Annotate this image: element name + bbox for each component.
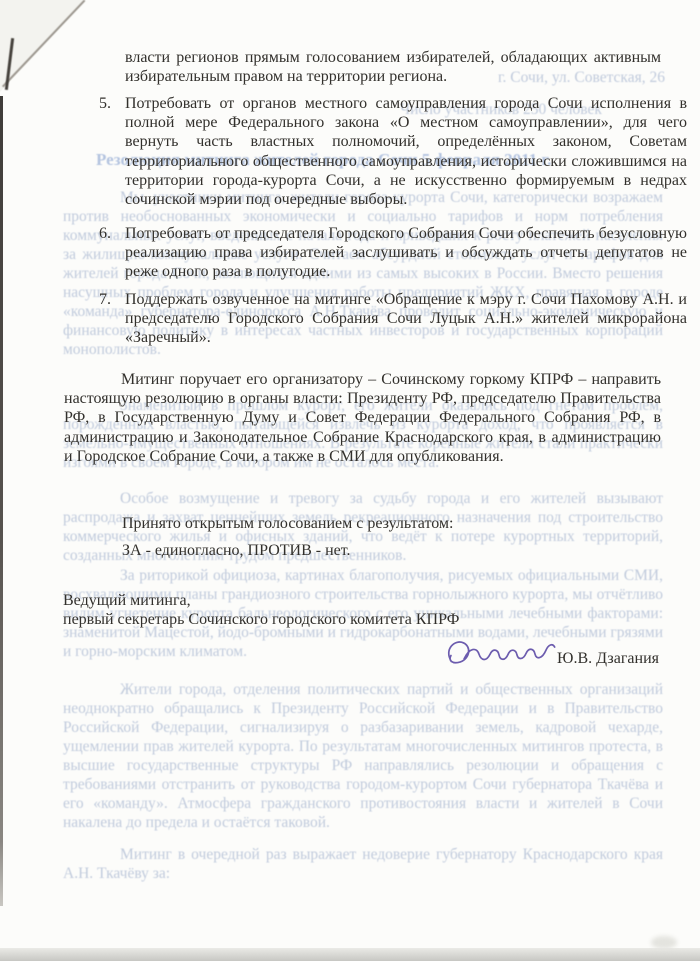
list-item-5: 5. Потребовать от органов местного самоу… bbox=[99, 94, 687, 209]
signatory-role-line2: первый секретарь Сочинского городского к… bbox=[63, 610, 459, 629]
ghost-paragraph: Жители города, отделения политических па… bbox=[63, 680, 663, 832]
closing-paragraph: Митинг поручает его организатору – Сочин… bbox=[64, 370, 661, 466]
list-item-text: Потребовать от органов местного самоупра… bbox=[125, 95, 687, 208]
list-item-number: 5. bbox=[99, 94, 111, 113]
scan-smudge bbox=[651, 936, 677, 949]
scanned-document-page: г. Сочи, ул. Советская, 26 Число участни… bbox=[0, 0, 700, 961]
vote-result-line: ЗА - единогласно, ПРОТИВ - нет. bbox=[122, 541, 351, 560]
list-item-number: 7. bbox=[99, 290, 111, 309]
vote-intro-line: Принято открытым голосованием с результа… bbox=[122, 514, 454, 533]
signatory-role-line1: Ведущий митинга, bbox=[63, 591, 191, 610]
scan-bottom-edge-shadow bbox=[0, 948, 700, 961]
list-item-6: 6. Потребовать от председателя Городског… bbox=[99, 224, 687, 282]
signatory-name: Ю.В. Дзагания bbox=[557, 649, 659, 668]
page-corner-fold bbox=[0, 0, 96, 104]
handwritten-signature bbox=[436, 630, 560, 680]
list-item-number: 6. bbox=[99, 224, 111, 243]
list-item-7: 7. Поддержать озвученное на митинге «Обр… bbox=[99, 290, 687, 348]
ghost-paragraph: Митинг в очередной раз выражает недовери… bbox=[63, 845, 663, 883]
list-item-text: Поддержать озвученное на митинге «Обраще… bbox=[125, 291, 687, 346]
list-item-4-continuation: власти регионов прямым голосованием изби… bbox=[125, 48, 661, 86]
scan-left-edge-shadow bbox=[0, 96, 3, 906]
list-item-text: Потребовать от председателя Городского С… bbox=[125, 225, 687, 280]
